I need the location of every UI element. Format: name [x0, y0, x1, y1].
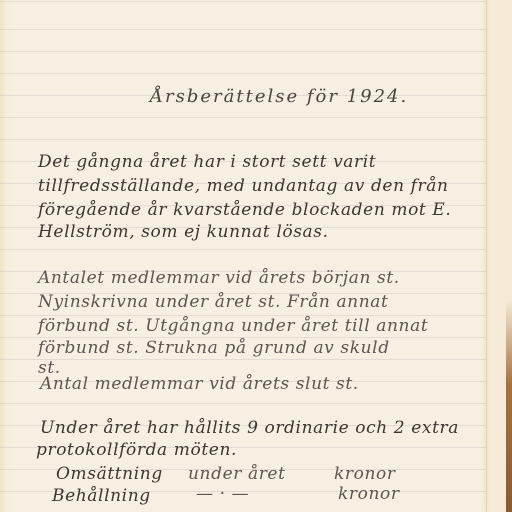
paragraph-1-line-3: föregående år kvarstående blockaden mot …	[38, 200, 451, 220]
paragraph-3-line-1: Antal medlemmar vid årets slut st.	[40, 374, 359, 394]
page-margin-line	[486, 0, 487, 512]
document-title: Årsberättelse för 1924.	[150, 86, 408, 107]
document-page: Årsberättelse för 1924. Det gångna året …	[0, 0, 512, 512]
ledger-row-1-label: Omsättning	[56, 464, 163, 484]
paragraph-2-line-2: Nyinskrivna under året st. Från annat	[38, 292, 388, 312]
ledger-row-1-unit: kronor	[334, 464, 396, 484]
paragraph-1-line-1: Det gångna året har i stort sett varit	[38, 152, 376, 172]
ledger-row-2-middle: — · —	[196, 484, 249, 504]
paragraph-1-line-2: tillfredsställande, med undantag av den …	[38, 176, 449, 196]
book-cover-edge	[506, 300, 512, 512]
paragraph-1-line-4: Hellström, som ej kunnat lösas.	[38, 222, 329, 242]
paragraph-2-line-4: förbund st. Strukna på grund av skuld	[38, 338, 390, 358]
paragraph-4-line-2: protokollförda möten.	[36, 440, 237, 460]
paragraph-2-line-3: förbund st. Utgångna under året till ann…	[38, 316, 428, 336]
paragraph-4-line-1: Under året har hållits 9 ordinarie och 2…	[40, 418, 459, 438]
ledger-row-2-label: Behållning	[52, 486, 151, 506]
ledger-row-2-unit: kronor	[338, 484, 400, 504]
ledger-row-1-middle: under året	[188, 464, 286, 484]
paragraph-2-line-1: Antalet medlemmar vid årets början st.	[38, 268, 400, 288]
